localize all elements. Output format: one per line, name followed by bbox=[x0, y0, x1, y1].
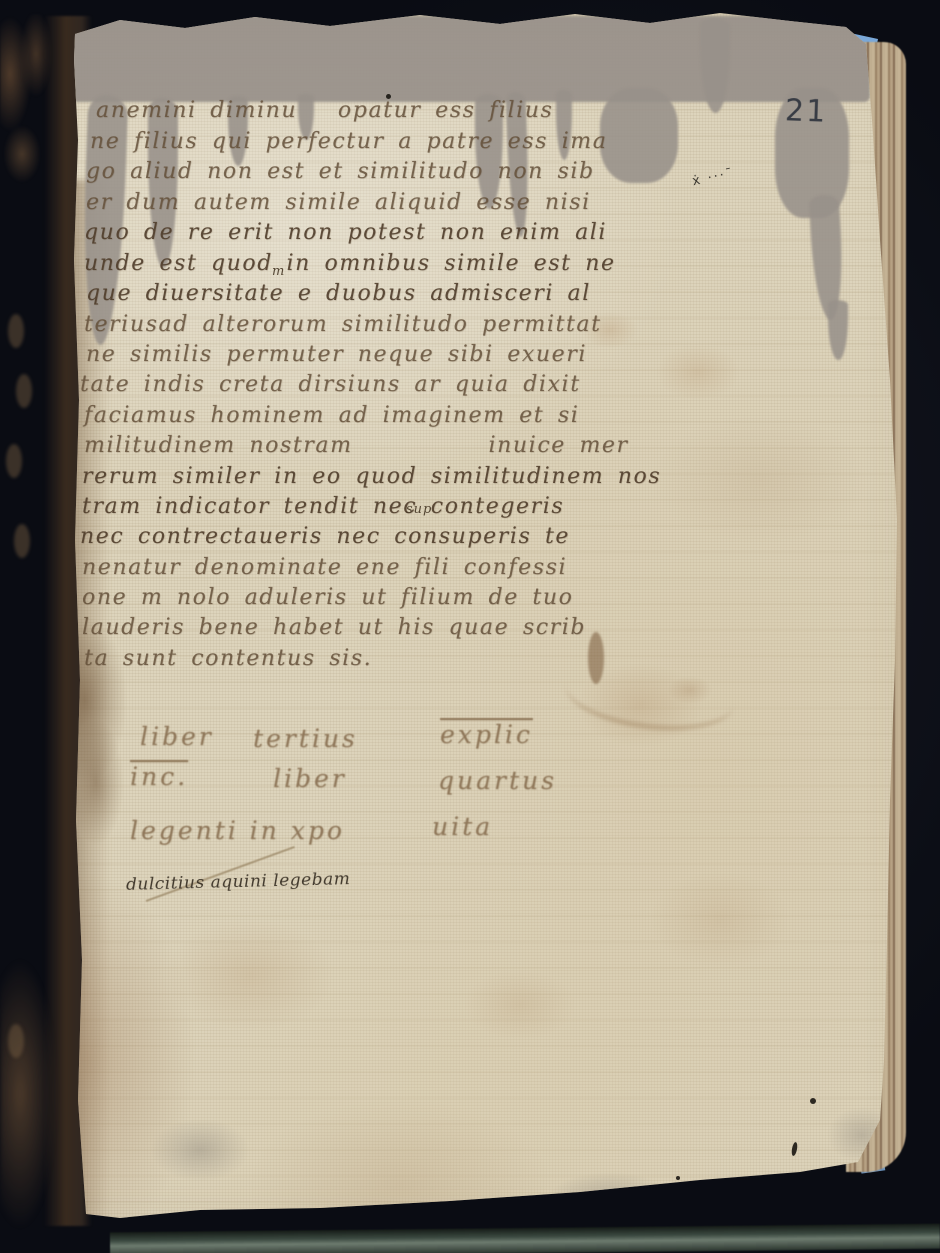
stain bbox=[588, 632, 604, 684]
gray-repair-band bbox=[70, 16, 870, 102]
manuscript-line: quo de re erit non potest non enim ali bbox=[84, 220, 607, 245]
ink-trace bbox=[8, 1024, 24, 1058]
manuscript-line: anemini diminu opatur ess filius bbox=[96, 98, 553, 123]
colophon-word: explic bbox=[440, 720, 533, 749]
manuscript-line: er dum autem simile aliquid esse nisi bbox=[86, 190, 591, 215]
manuscript-line: lauderis bene habet ut his quae scrib bbox=[82, 615, 586, 640]
manuscript-line: nenatur denominate ene fili confessi bbox=[82, 555, 567, 580]
manuscript-line: ta sunt contentus sis. bbox=[84, 646, 372, 671]
manuscript-photo: anemini diminu opatur ess filius ne fili… bbox=[0, 0, 940, 1253]
manuscript-line: rerum similer in eo quod similitudinem n… bbox=[82, 464, 661, 489]
interlinear-correction: sup bbox=[406, 502, 432, 517]
manuscript-line: ne similis permuter neque sibi exueri bbox=[86, 342, 587, 367]
ink-trace bbox=[8, 314, 24, 348]
interlinear-correction: m bbox=[272, 264, 285, 279]
manuscript-line: ne filius qui perfectur a patre ess ima bbox=[90, 129, 607, 154]
colophon-word: inc. bbox=[130, 762, 188, 791]
table-surface bbox=[110, 1224, 940, 1253]
ink-trace bbox=[16, 374, 32, 408]
manuscript-line: militudinem nostram inuice mer bbox=[84, 433, 629, 458]
manuscript-line: unde est quod in omnibus simile est ne bbox=[84, 251, 616, 276]
speck bbox=[790, 1184, 796, 1192]
colophon-word: uita bbox=[432, 812, 493, 841]
manuscript-line: one m nolo aduleris ut filium de tuo bbox=[82, 585, 573, 610]
manuscript-line: tram indicator tendit nec contegeris bbox=[82, 494, 564, 519]
manuscript-line: teriusad alterorum similitudo permittat bbox=[84, 312, 602, 337]
colophon-word: legenti in xpo bbox=[130, 816, 345, 845]
speck bbox=[810, 1098, 816, 1104]
manuscript-line: nec contrectaueris nec consuperis te bbox=[80, 524, 570, 549]
colophon-word: liber bbox=[273, 764, 347, 793]
ink-trace bbox=[14, 524, 30, 558]
manuscript-line: tate indis creta dirsiuns ar quia dixit bbox=[80, 372, 581, 397]
stain bbox=[600, 88, 678, 183]
speck bbox=[676, 1176, 680, 1180]
manuscript-line: go aliud non est et similitudo non sib bbox=[86, 159, 595, 184]
colophon-word: tertius bbox=[253, 724, 358, 753]
colophon-word: liber bbox=[140, 722, 214, 751]
ink-trace bbox=[6, 444, 22, 478]
manuscript-line: faciamus hominem ad imaginem et si bbox=[84, 403, 579, 428]
papyrus-leaf: anemini diminu opatur ess filius ne fili… bbox=[0, 0, 940, 1253]
colophon-word: quartus bbox=[438, 766, 557, 795]
folio-number: 21 bbox=[784, 93, 827, 129]
manuscript-line: que diuersitate e duobus admisceri al bbox=[86, 281, 591, 306]
speck bbox=[386, 94, 391, 99]
